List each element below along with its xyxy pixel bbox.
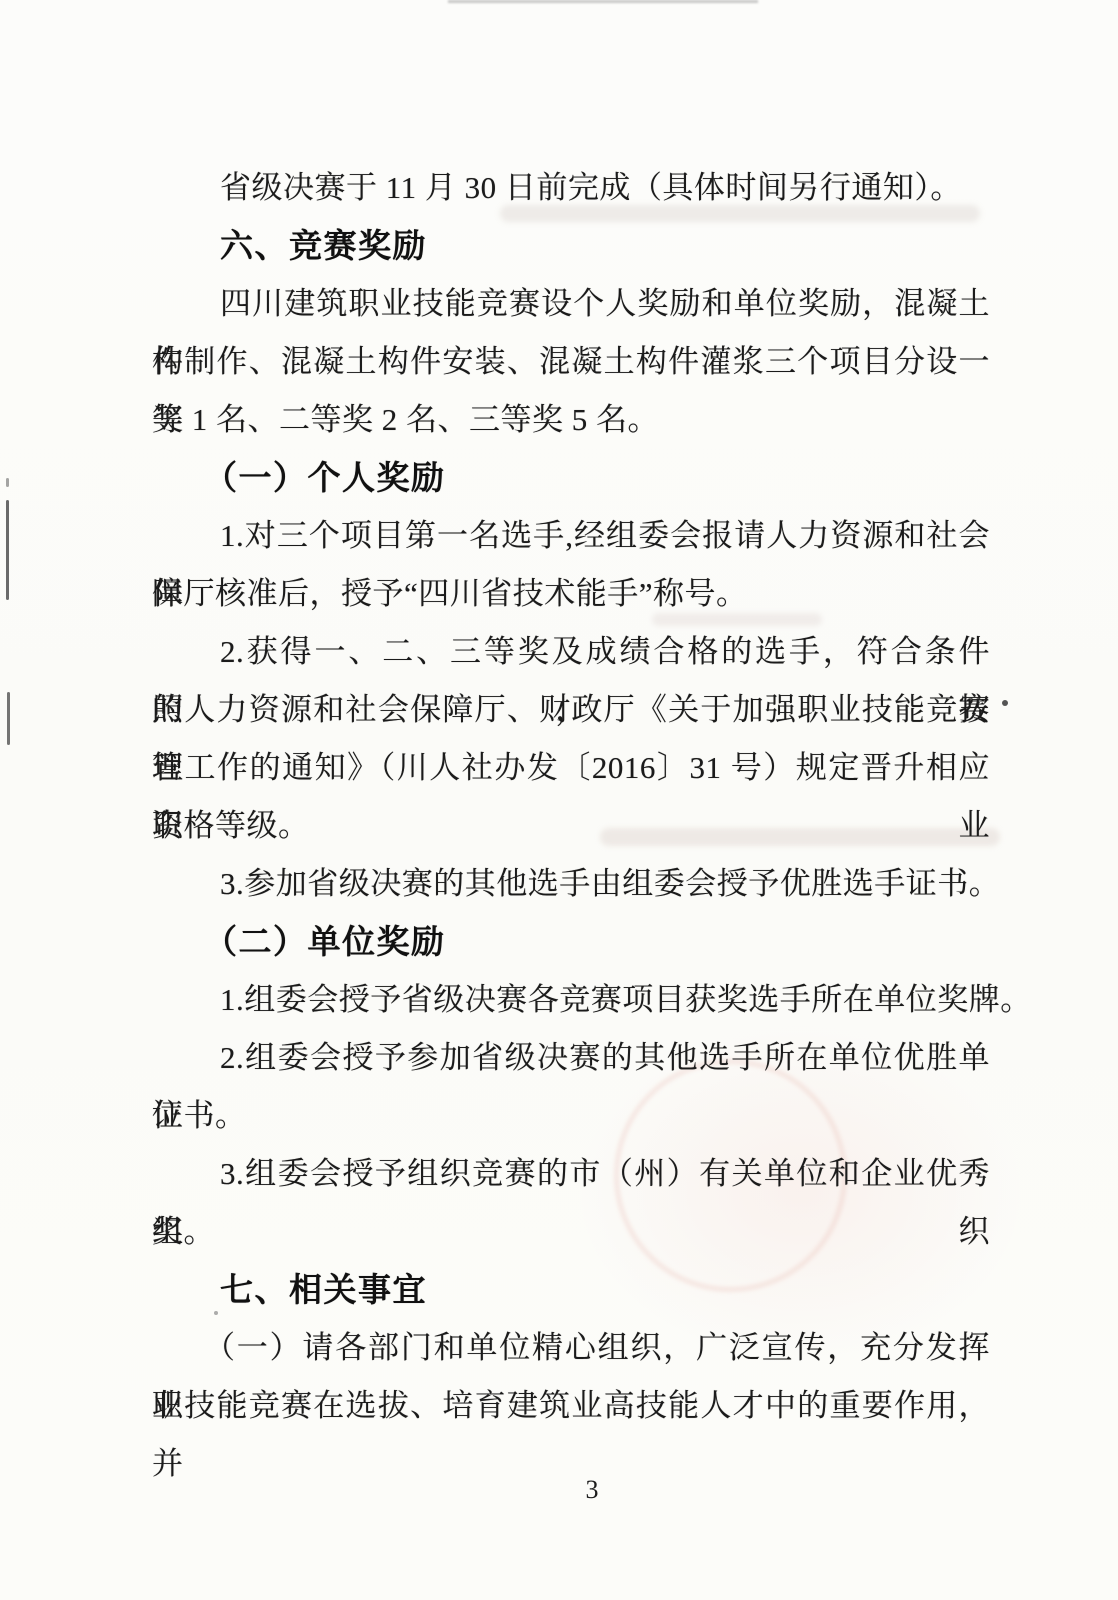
text-line: 3.组委会授予组织竞赛的市（州）有关单位和企业优秀组织 xyxy=(152,1145,990,1203)
page-number: 3 xyxy=(586,1475,599,1505)
text-line: 2.组委会授予参加省级决赛的其他选手所在单位优胜单位 xyxy=(152,1029,990,1087)
text-line: 3.参加省级决赛的其他选手由组委会授予优胜选手证书。 xyxy=(152,855,990,913)
text-line: 业技能竞赛在选拔、培育建筑业高技能人才中的重要作用，并 xyxy=(152,1377,990,1435)
text-line: 件制作、混凝土构件安装、混凝土构件灌浆三个项目分设一等 xyxy=(152,333,990,391)
text-line: 奖 1 名、二等奖 2 名、三等奖 5 名。 xyxy=(152,391,990,449)
text-line: 省级决赛于 11 月 30 日前完成（具体时间另行通知）。 xyxy=(152,159,990,217)
text-line: 1.组委会授予省级决赛各竞赛项目获奖选手所在单位奖牌。 xyxy=(152,971,990,1029)
text-line: 四川建筑职业技能竞赛设个人奖励和单位奖励，混凝土构 xyxy=(152,275,990,333)
scan-edge-smear xyxy=(448,0,758,3)
text-line: 1.对三个项目第一名选手,经组委会报请人力资源和社会保 xyxy=(152,507,990,565)
scan-artifact-line xyxy=(6,478,9,487)
scan-artifact-line xyxy=(6,500,9,600)
text-line: （一）请各部门和单位精心组织，广泛宣传，充分发挥职 xyxy=(152,1319,990,1377)
text-line: 2.获得一、二、三等奖及成绩合格的选手，符合条件的，按 xyxy=(152,623,990,681)
stray-ink-dot xyxy=(1002,700,1008,706)
text-line: 理工作的通知》（川人社办发〔2016〕31 号）规定晋升相应职业 xyxy=(152,739,990,797)
scan-artifact-line xyxy=(7,692,10,745)
section-heading: 七、相关事宜 xyxy=(152,1261,990,1319)
text-line: 证书。 xyxy=(152,1087,990,1145)
text-block: 省级决赛于 11 月 30 日前完成（具体时间另行通知）。六、竞赛奖励四川建筑职… xyxy=(152,159,990,1435)
document-page: 省级决赛于 11 月 30 日前完成（具体时间另行通知）。六、竞赛奖励四川建筑职… xyxy=(0,0,1118,1600)
section-heading: 六、竞赛奖励 xyxy=(152,217,990,275)
section-heading: （一）个人奖励 xyxy=(152,449,990,507)
section-heading: （二）单位奖励 xyxy=(152,913,990,971)
text-line: 照人力资源和社会保障厅、财政厅《关于加强职业技能竞赛管 xyxy=(152,681,990,739)
text-line: 障厅核准后，授予“四川省技术能手”称号。 xyxy=(152,565,990,623)
